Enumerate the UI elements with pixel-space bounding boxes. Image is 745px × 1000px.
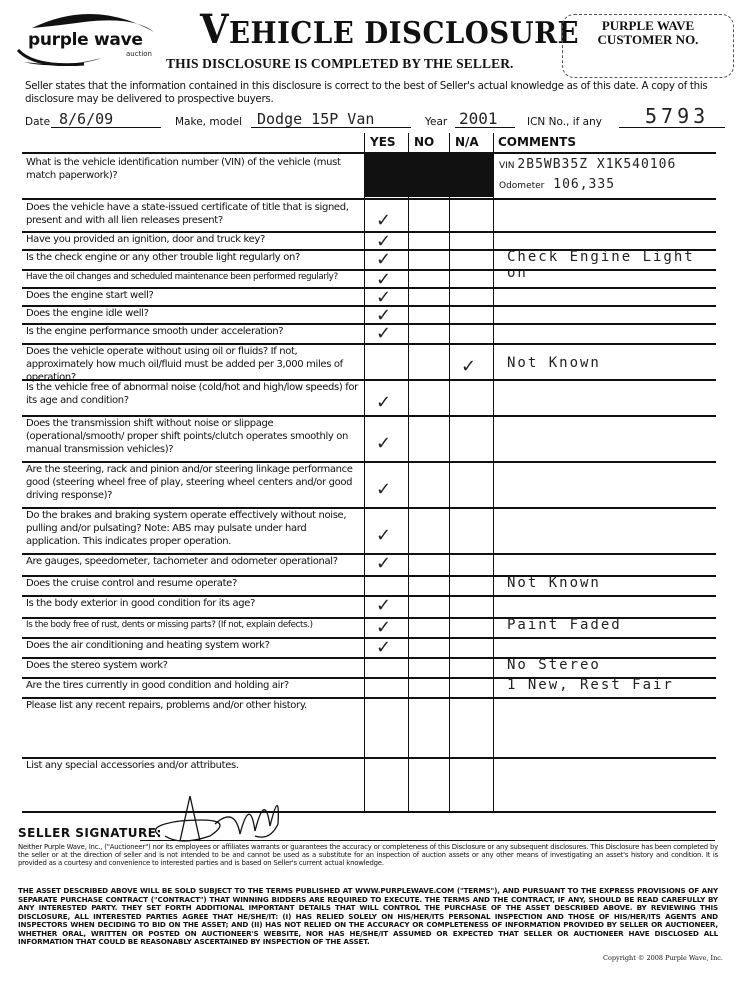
no-checkbox[interactable] <box>420 269 450 289</box>
icn-field[interactable]: 5793 <box>645 104 709 128</box>
no-checkbox[interactable] <box>420 210 450 230</box>
no-checkbox[interactable] <box>420 637 450 657</box>
yes-checkbox[interactable] <box>376 657 406 677</box>
na-checkbox[interactable] <box>461 657 491 677</box>
no-checkbox[interactable] <box>420 356 450 376</box>
disclaimer-text: Neither Purple Wave, Inc., ("Auctioneer"… <box>18 843 718 867</box>
yes-checkbox[interactable]: ✓ <box>376 231 406 251</box>
make-model-label: Make, model <box>175 116 242 128</box>
vehicle-info-row: Date 8/6/09 Make, model Dodge 15P Van Ye… <box>25 110 725 130</box>
na-checkbox[interactable] <box>461 392 491 412</box>
no-checkbox[interactable] <box>420 677 450 697</box>
logo-subtext: auction <box>126 50 152 58</box>
question-text: Does the cruise control and resume opera… <box>26 577 360 590</box>
comment-field[interactable]: No Stereo <box>507 657 601 673</box>
question-text: Please list any recent repairs, problems… <box>26 699 360 712</box>
question-text: Are gauges, speedometer, tachometer and … <box>26 555 360 568</box>
no-checkbox[interactable] <box>420 249 450 269</box>
vin-field[interactable]: 2B5WB35Z X1K540106 <box>517 157 676 172</box>
question-text: Have the oil changes and scheduled maint… <box>26 271 360 284</box>
no-checkbox[interactable] <box>420 779 450 799</box>
yes-checkbox[interactable]: ✓ <box>376 287 406 307</box>
date-field[interactable]: 8/6/09 <box>59 110 113 128</box>
comment-field[interactable]: Not Known <box>507 355 601 371</box>
icn-label: ICN No., if any <box>527 116 602 128</box>
no-checkbox[interactable] <box>420 323 450 343</box>
disclosure-table: YES NO N/A COMMENTS What is the vehicle … <box>22 133 716 811</box>
yes-checkbox[interactable]: ✓ <box>376 433 406 453</box>
no-checkbox[interactable] <box>420 553 450 573</box>
year-field[interactable]: 2001 <box>459 109 498 128</box>
yes-checkbox[interactable]: ✓ <box>376 392 406 412</box>
no-checkbox[interactable] <box>420 287 450 307</box>
na-checkbox[interactable] <box>461 677 491 697</box>
purple-wave-logo: purple wave auction <box>14 10 164 58</box>
question-text: Does the engine start well? <box>26 289 360 302</box>
yes-checkbox[interactable]: ✓ <box>376 617 406 637</box>
na-checkbox[interactable] <box>461 479 491 499</box>
page-title: VEHICLE DISCLOSURE <box>200 6 579 53</box>
vin-shaded-cells <box>364 153 494 197</box>
customer-number-label: PURPLE WAVE CUSTOMER NO. <box>563 19 733 47</box>
seller-signature-field[interactable] <box>140 840 715 841</box>
no-checkbox[interactable] <box>420 575 450 595</box>
subtitle: THIS DISCLOSURE IS COMPLETED BY THE SELL… <box>166 56 514 72</box>
question-text: Is the body free of rust, dents or missi… <box>26 619 360 632</box>
no-checkbox[interactable] <box>420 657 450 677</box>
yes-checkbox[interactable]: ✓ <box>376 525 406 545</box>
na-checkbox[interactable] <box>461 305 491 325</box>
yes-checkbox[interactable] <box>376 722 406 742</box>
no-checkbox[interactable] <box>420 525 450 545</box>
yes-checkbox[interactable]: ✓ <box>376 269 406 289</box>
yes-header: YES <box>370 135 396 149</box>
comment-field[interactable]: Check Engine Light on <box>507 249 716 281</box>
question-text: Does the engine idle well? <box>26 307 360 320</box>
date-label: Date <box>25 116 50 128</box>
vin-line: VIN 2B5WB35Z X1K540106 <box>499 157 676 172</box>
question-text: Is the vehicle free of abnormal noise (c… <box>26 381 360 407</box>
no-checkbox[interactable] <box>420 595 450 615</box>
question-text: Is the engine performance smooth under a… <box>26 325 360 338</box>
terms-text: THE ASSET DESCRIBED ABOVE WILL BE SOLD S… <box>18 887 718 947</box>
seller-signature-label: SELLER SIGNATURE: <box>18 826 162 840</box>
signature-scribble-icon <box>140 786 310 846</box>
na-checkbox[interactable] <box>461 617 491 637</box>
question-text: Is the body exterior in good condition f… <box>26 597 360 610</box>
yes-checkbox[interactable]: ✓ <box>376 553 406 573</box>
no-checkbox[interactable] <box>420 617 450 637</box>
question-text: Does the stereo system work? <box>26 659 360 672</box>
na-checkbox[interactable] <box>461 433 491 453</box>
yes-checkbox[interactable] <box>376 575 406 595</box>
yes-checkbox[interactable]: ✓ <box>376 595 406 615</box>
seller-statement: Seller states that the information conta… <box>25 80 725 106</box>
odometer-field[interactable]: 106,335 <box>553 177 615 192</box>
na-header: N/A <box>455 135 479 149</box>
question-text: Do the brakes and braking system operate… <box>26 509 360 548</box>
no-checkbox[interactable] <box>420 479 450 499</box>
na-checkbox[interactable] <box>461 575 491 595</box>
na-checkbox[interactable] <box>461 287 491 307</box>
yes-checkbox[interactable]: ✓ <box>376 637 406 657</box>
comment-field[interactable]: 1 New, Rest Fair <box>507 677 674 693</box>
na-checkbox[interactable] <box>461 210 491 230</box>
customer-number-box[interactable]: PURPLE WAVE CUSTOMER NO. <box>562 14 734 78</box>
no-header: NO <box>414 135 434 149</box>
no-checkbox[interactable] <box>420 722 450 742</box>
no-checkbox[interactable] <box>420 392 450 412</box>
question-text: Is the check engine or any other trouble… <box>26 251 360 264</box>
yes-checkbox[interactable] <box>376 356 406 376</box>
na-checkbox[interactable] <box>461 249 491 269</box>
na-checkbox[interactable] <box>461 553 491 573</box>
comments-header: COMMENTS <box>498 135 576 149</box>
yes-checkbox[interactable]: ✓ <box>376 210 406 230</box>
na-checkbox[interactable] <box>461 595 491 615</box>
question-text: Are the steering, rack and pinion and/or… <box>26 463 360 502</box>
make-model-field[interactable]: Dodge 15P Van <box>257 110 374 128</box>
yes-checkbox[interactable]: ✓ <box>376 305 406 325</box>
question-text: Does the vehicle have a state-issued cer… <box>26 201 360 227</box>
no-checkbox[interactable] <box>420 433 450 453</box>
na-checkbox[interactable] <box>461 722 491 742</box>
question-text: Does the transmission shift without nois… <box>26 417 360 456</box>
yes-checkbox[interactable]: ✓ <box>376 249 406 269</box>
na-checkbox[interactable] <box>461 525 491 545</box>
yes-checkbox[interactable]: ✓ <box>376 323 406 343</box>
na-checkbox[interactable] <box>461 637 491 657</box>
year-label: Year <box>425 116 447 128</box>
question-text: Have you provided an ignition, door and … <box>26 233 360 246</box>
na-checkbox[interactable] <box>461 779 491 799</box>
yes-checkbox[interactable]: ✓ <box>376 479 406 499</box>
yes-checkbox[interactable] <box>376 677 406 697</box>
logo-text: purple wave <box>28 30 143 50</box>
na-checkbox[interactable]: ✓ <box>461 356 491 376</box>
odometer-line: Odometer 106,335 <box>499 177 615 192</box>
comment-field[interactable]: Paint Faded <box>507 617 622 633</box>
vin-question: What is the vehicle identification numbe… <box>26 156 356 182</box>
yes-checkbox[interactable] <box>376 779 406 799</box>
copyright: Copyright © 2008 Purple Wave, Inc. <box>603 954 723 962</box>
na-checkbox[interactable] <box>461 231 491 251</box>
question-text: Does the air conditioning and heating sy… <box>26 639 360 652</box>
comment-field[interactable]: Not Known <box>507 575 601 591</box>
na-checkbox[interactable] <box>461 323 491 343</box>
no-checkbox[interactable] <box>420 231 450 251</box>
na-checkbox[interactable] <box>461 269 491 289</box>
no-checkbox[interactable] <box>420 305 450 325</box>
question-text: List any special accessories and/or attr… <box>26 759 360 772</box>
question-text: Are the tires currently in good conditio… <box>26 679 360 692</box>
